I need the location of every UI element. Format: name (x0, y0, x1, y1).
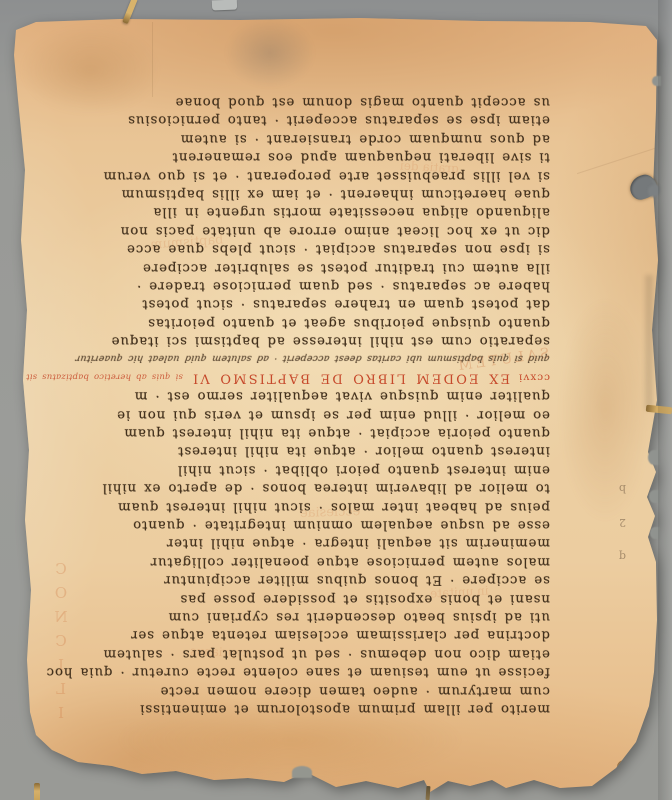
text-line: meminerim sit aequali integra · atque ni… (48, 533, 550, 551)
text-line: aliquando aliqua necessitate mortis urge… (48, 202, 550, 220)
text-line: si ipse non separatus accipiat · sicut p… (48, 239, 550, 257)
text-line: etiam ipse se separatus acceperit · tant… (48, 110, 550, 128)
text-line: cum martyrum · audeo tamen dicere nomen … (48, 681, 550, 699)
text-block: us accepit quanto magis donum est quod b… (48, 92, 550, 717)
right-edge-shadow (645, 275, 653, 410)
stain-top-smudge (225, 18, 315, 88)
text-line: nsani et bonis expositis et possidere po… (48, 589, 550, 607)
manuscript-photo: CONCILI SALUTEM baptismumgratia deieccle… (0, 0, 672, 800)
text-line: enim interest quanto peiori oblibat · si… (48, 460, 550, 478)
text-line: eo melior · illud enim per se ipsum et v… (48, 405, 550, 423)
text-line: ti sive liberati nequaquam apud eos rema… (48, 147, 550, 165)
edge-shelfmark: q 2 b (616, 478, 629, 563)
text-line: peius ad habeat inter malos · sicut nihi… (48, 497, 550, 515)
rubric-title: EX EODEM LIBRO DE BAPTISMO VI (191, 370, 510, 385)
text-line: merito per illam primum apostolorum et e… (48, 699, 550, 717)
text-line: interest quanto melior · atque ita nihil… (48, 441, 550, 459)
text-line: uti ad ipsius beato descenderit res cypr… (48, 607, 550, 625)
chapter-number: ccxvi (518, 371, 550, 383)
text-line: dat potest quam en trahere separatus · s… (48, 294, 550, 312)
text-line: ad quos numquam corde transierant · si a… (48, 129, 550, 147)
text-line: to melior ad libaverim interea bonos · d… (48, 478, 550, 496)
text-line: us accepit quanto magis donum est quod b… (48, 92, 550, 110)
text-line: habere ac separatus · sed quam pernicios… (48, 276, 550, 294)
crease-top-left-vertical (152, 22, 153, 97)
text-line: se accipere · Et bonos quibus militer ac… (48, 570, 550, 588)
parchment-leaf: CONCILI SALUTEM baptismumgratia deieccle… (0, 0, 672, 800)
worm-hole-ring (617, 760, 632, 774)
text-line: illa autem cui traditur potest se salubr… (48, 258, 550, 276)
text-line: malos autem perniciose atque poenaliter … (48, 552, 550, 570)
rubric-line: ccxviEX EODEM LIBRO DE BAPTISMO VIsi qui… (48, 367, 550, 386)
text-line: separatio cum est nihil interesse ad bap… (48, 331, 550, 349)
text-line: fecisse ut eum tesiuam et sane colente r… (48, 662, 550, 680)
crease-right-diagonal (577, 147, 658, 174)
stain-right-mid (560, 300, 650, 520)
text-line: qualiter enim quisque vivat aequaliter s… (48, 386, 550, 404)
parchment-leaf-wrap: CONCILI SALUTEM baptismumgratia deieccle… (0, 0, 672, 800)
text-line: quanto quisque peioribus ageat et quanto… (48, 313, 550, 331)
text-line: esse ad usque aequalem omnium integritat… (48, 515, 550, 533)
text-line: si vel illis praebuisset arte peroperant… (48, 166, 550, 184)
text-line: doctrina per clarissimam ecclesiam reten… (48, 625, 550, 643)
gloss-line: quid si quis baptismum ubi caritas deest… (47, 350, 551, 367)
text-line: etiam dico non debemus · sed ut postulat… (48, 644, 550, 662)
rubric-margin-gloss: si quis ab heretico baptizatus sit (26, 371, 183, 381)
text-line: dic ut ex hoc liceat animo errore ab uni… (48, 221, 550, 239)
text-line: quanto peioria accipiat · atque ita nihi… (48, 423, 550, 441)
text-line: quae haereticum inhaerent · et iam ex il… (48, 184, 550, 202)
